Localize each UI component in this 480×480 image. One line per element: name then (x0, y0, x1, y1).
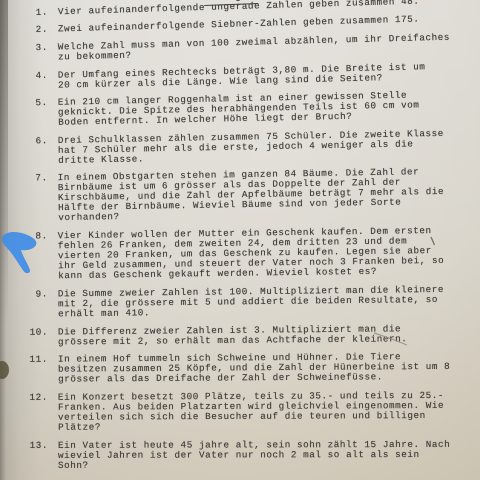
problem-line: erhält man 410. (58, 305, 444, 320)
problem-item-9: 9.Die Summe zweier Zahlen ist 100. Multi… (0, 285, 480, 321)
problem-line: Plätze? (58, 421, 444, 433)
problem-item-4: 4.Der Umfang eines Rechtecks beträgt 3,8… (0, 61, 480, 92)
problem-item-6: 6.Drei Schulklassen zählen zusammen 75 S… (0, 128, 480, 167)
problem-number: 3. (0, 43, 48, 54)
problem-line: grösser als das Dreifache der Zahl der S… (58, 372, 450, 385)
problem-item-7: 7.In einem Obstgarten stehen im ganzen 8… (0, 167, 480, 225)
problem-text: Die Summe zweier Zahlen ist 100. Multipl… (58, 285, 444, 320)
problem-number: 10. (0, 327, 48, 338)
problem-item-11: 11.In einem Hof tummeln sich Schweine un… (0, 352, 480, 386)
problem-number: 6. (0, 136, 48, 147)
problem-number: 12. (0, 393, 48, 403)
problem-text: Vier Kinder wollen der Mutter ein Gesche… (58, 226, 445, 282)
problem-item-3: 3.Welche Zahl muss man von 100 zweimal a… (0, 32, 480, 64)
problem-text: In einem Hof tummeln sich Schweine und H… (58, 352, 450, 385)
problem-line: Sohn? (58, 460, 450, 471)
problem-text: Der Umfang eines Rechtecks beträgt 3,80 … (58, 62, 426, 91)
problem-text: Ein Vater ist heute 45 jahre alt, sein s… (58, 440, 450, 471)
problem-number: 5. (0, 98, 48, 109)
problem-number: 7. (0, 174, 48, 185)
problem-text: Ein 210 cm langer Roggenhalm ist an eine… (58, 90, 420, 128)
problem-item-13: 13.Ein Vater ist heute 45 jahre alt, sei… (0, 440, 480, 471)
problem-number: 8. (0, 232, 48, 243)
problem-line: grössere mit 2, so erhält man das Achtfa… (58, 334, 407, 347)
problem-item-10: 10.Die Differenz zweier Zahlen ist 3. Mu… (0, 323, 480, 348)
problem-line: kann das Geschenk gekauft werden. Wievie… (58, 267, 444, 282)
problem-item-12: 12.Ein Konzert besetzt 300 Plätze, teils… (0, 391, 480, 434)
problem-text: Ein Konzert besetzt 300 Plätze, teils zu… (58, 391, 444, 433)
problem-list: 1.Vier aufeinanderfolgende ungerade Zahl… (0, 0, 480, 479)
problem-item-8: 8.Vier Kinder wollen der Mutter ein Gesc… (0, 226, 480, 283)
problem-text: Die Differenz zweier Zahlen ist 3. Multi… (58, 324, 408, 347)
problem-text: In einem Obstgarten stehen im ganzen 84 … (58, 167, 445, 224)
problem-number: 13. (0, 441, 48, 451)
problem-text: Zwei aufeinanderfolgende Siebner-Zahlen … (58, 15, 420, 35)
problem-text: Welche Zahl muss man von 100 zweimal abz… (58, 33, 451, 63)
problem-number: 2. (0, 25, 48, 36)
problem-item-5: 5.Ein 210 cm langer Roggenhalm ist an ei… (0, 89, 480, 129)
problem-line: wieviel Jahren ist der Vater nur noch 2 … (58, 450, 450, 461)
problem-number: 11. (0, 355, 48, 365)
problem-line: Zwei aufeinanderfolgende Siebner-Zahlen … (58, 15, 420, 35)
problem-number: 4. (0, 70, 48, 81)
problem-number: 1. (0, 8, 48, 20)
document-photo: Übungen 1.Vier aufeinanderfolgende unger… (0, 0, 480, 480)
problem-number: 9. (0, 290, 48, 301)
problem-text: Drei Schulklassen zählen zusammen 75 Sch… (58, 129, 445, 166)
